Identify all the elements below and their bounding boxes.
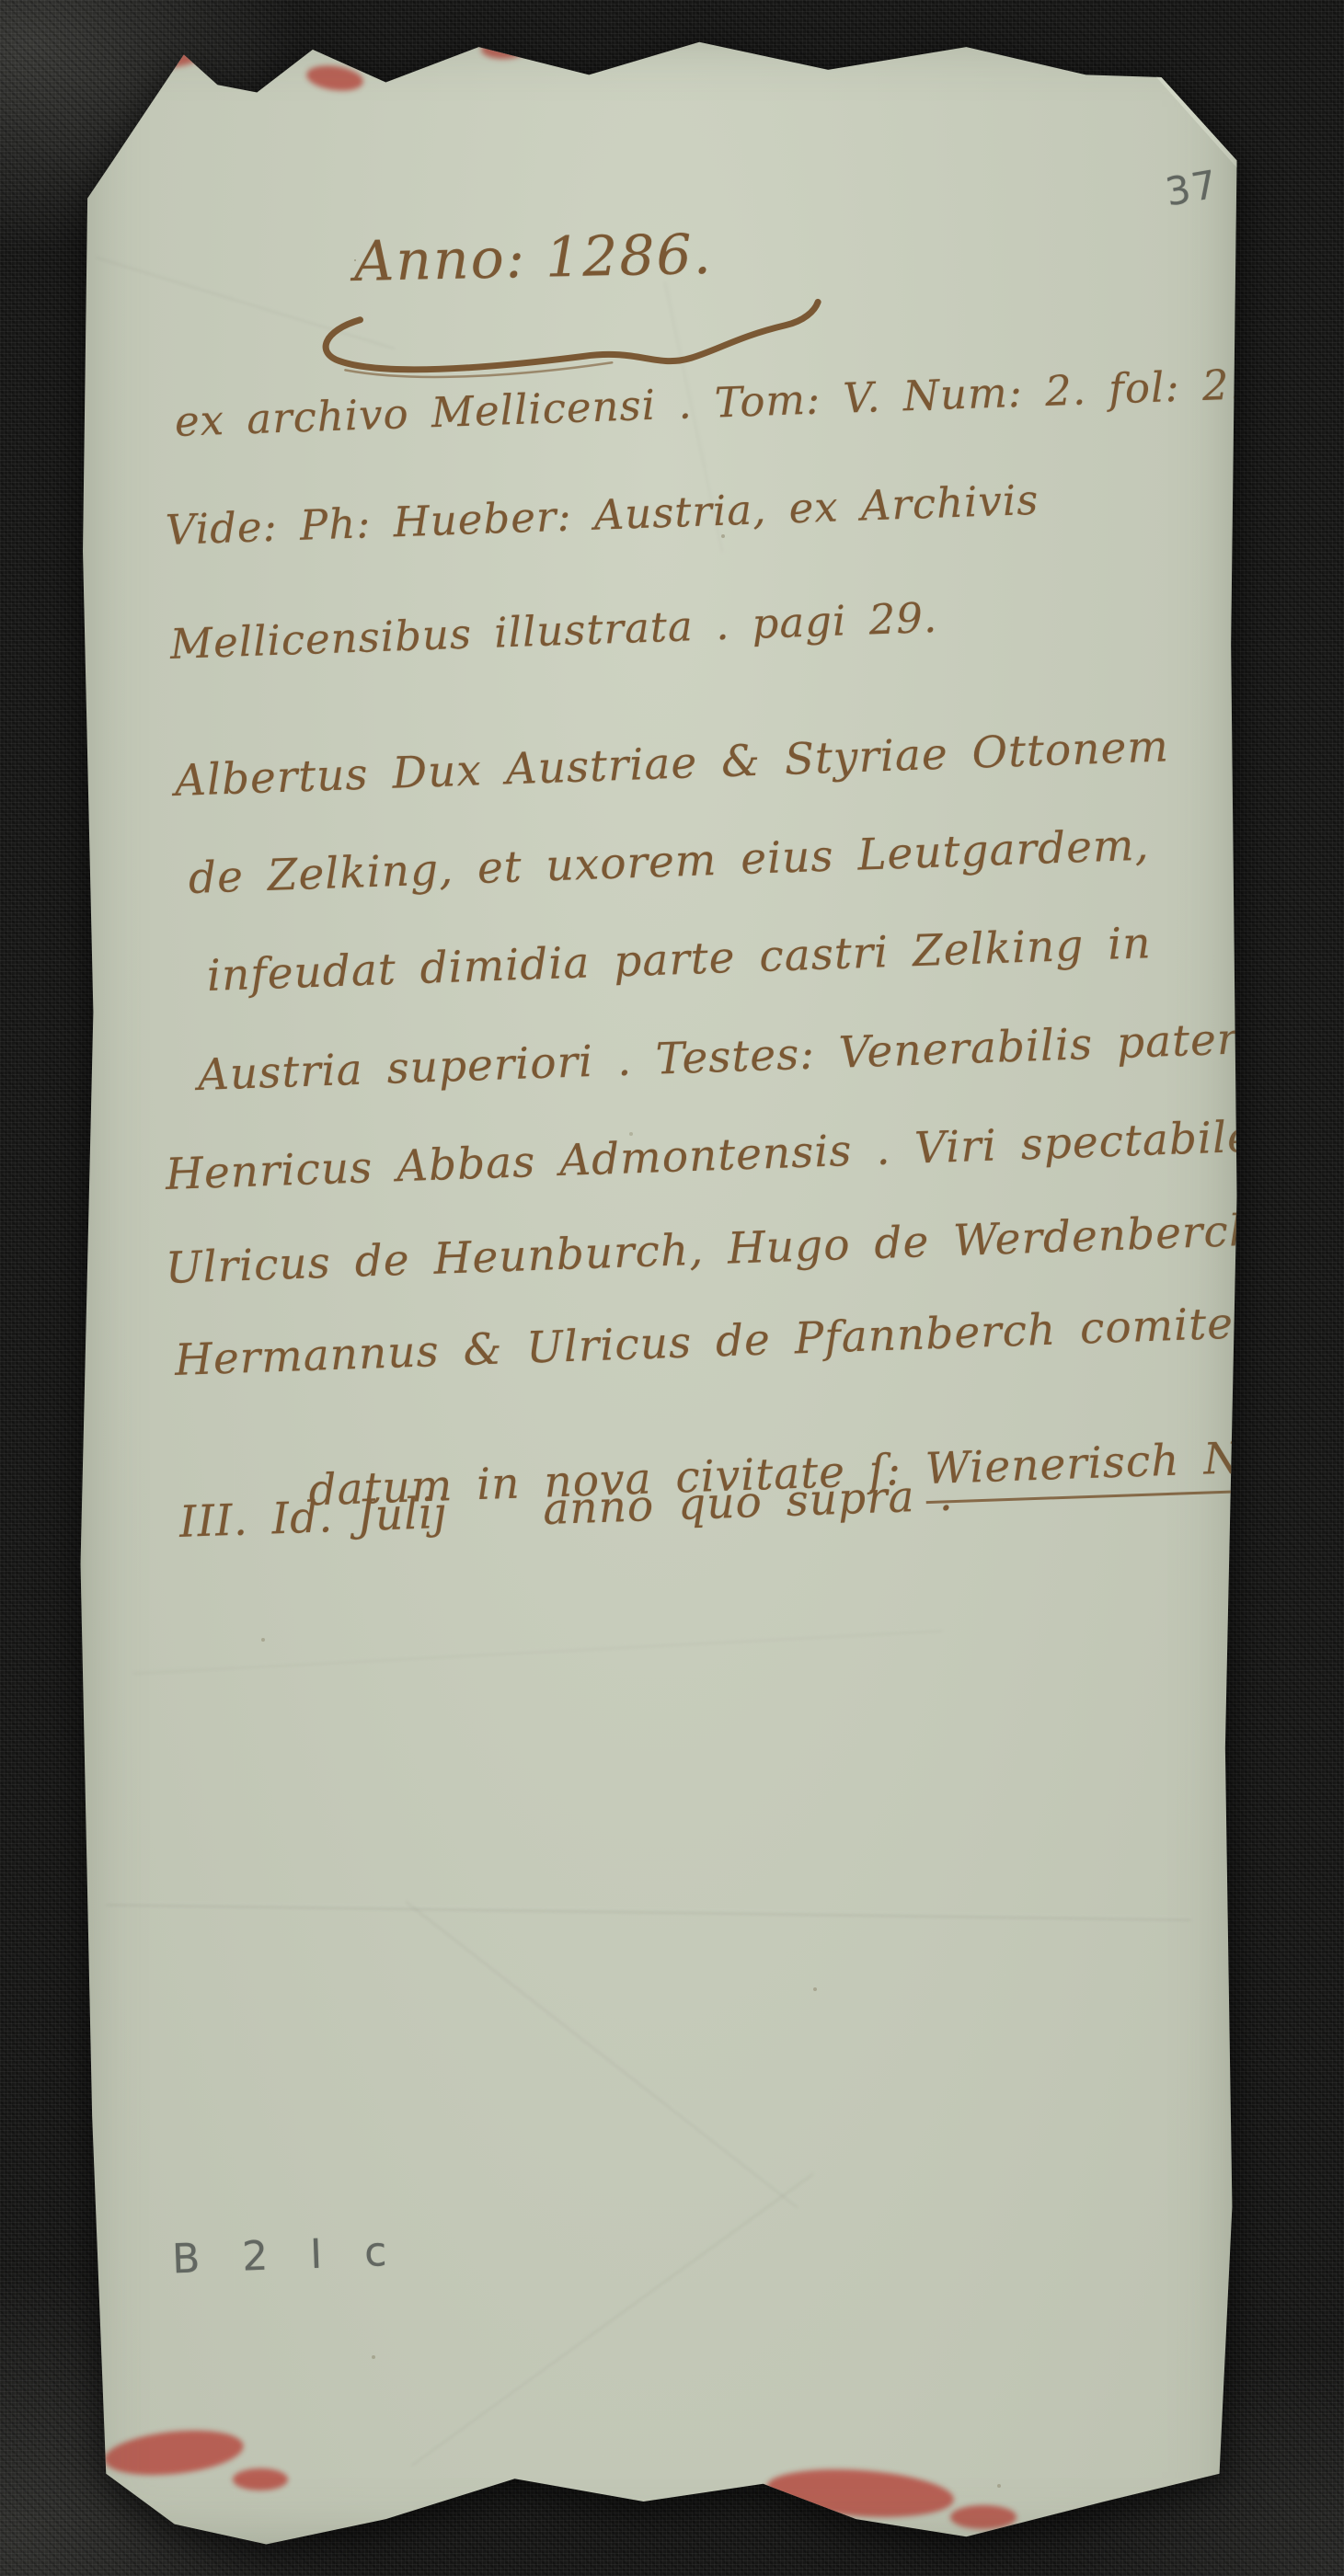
body-line: Ulricus de Heunburch, Hugo de Werdenberc… [165,1205,1273,1294]
reference-line: Vide: Ph: Hueber: Austria, ex Archivis [165,475,1040,555]
body-line: de Zelking, et uxorem eius Leutgardem, [188,820,1150,904]
crease-line [106,1903,1191,1920]
crease-line [406,1900,798,2208]
wax-stain [304,63,364,94]
body-line: infeudat dimidia parte castri Zelking in [206,918,1152,1002]
body-line: Austria superiori . Testes: Venerabilis … [197,1014,1239,1101]
body-line: Albertus Dux Austriae & Styriae Ottonem [174,721,1170,807]
underlined-place-name: Wienerisch Neustadt [925,1427,1344,1504]
wax-stain [233,2468,288,2490]
pencil-archive-code: B 2 I c [171,2228,402,2284]
wax-stain [102,2424,246,2481]
wax-stain [481,40,525,59]
folded-corner-shadow [1154,0,1236,76]
wax-stain [765,2464,956,2523]
wax-stain [1050,46,1134,66]
page-title: Anno: 1286. [353,223,713,294]
folded-corner [1151,71,1239,170]
crease-line [134,1629,943,1674]
paper-sheet-wrap: 37 B 2 I c Anno: 1286. ex archivo Mellic… [78,29,1239,2549]
body-line: Hermannus & Ulricus de Pfannberch comite… [174,1291,1344,1386]
reference-line: Mellicensibus illustrata . pagi 29. [169,593,938,669]
crease-line [410,2172,814,2467]
wax-stain [143,32,215,74]
body-line: Henricus Abbas Admontensis . Viri specta… [165,1111,1278,1200]
photo-of-manuscript: { "document": { "title": "Anno: 1286.", … [0,0,1344,2576]
wax-stain [950,2505,1017,2529]
paper-sheet: 37 B 2 I c Anno: 1286. ex archivo Mellic… [78,29,1239,2549]
pencil-page-number: 37 [1162,161,1222,214]
